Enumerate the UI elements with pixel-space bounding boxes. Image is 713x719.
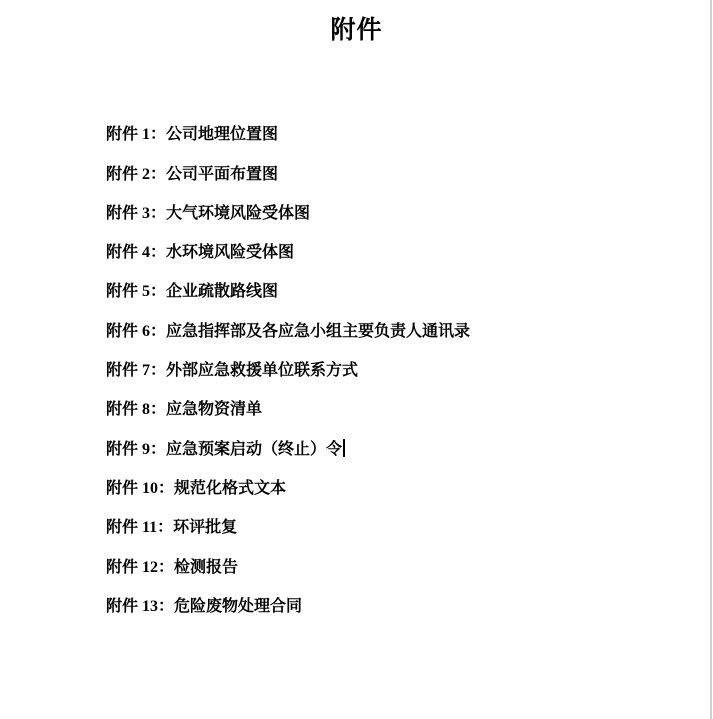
page-title[interactable]: 附件 <box>0 14 713 47</box>
attachment-item-text: 附件 4：水环境风险受体图 <box>106 244 294 261</box>
attachment-item-text: 附件 13：危险废物处理合同 <box>106 598 302 615</box>
attachment-item-text: 附件 1：公司地理位置图 <box>106 126 278 143</box>
attachment-list: 附件 1：公司地理位置图 附件 2：公司平面布置图 附件 3：大气环境风险受体图… <box>82 76 693 587</box>
attachment-item-text: 附件 6：应急指挥部及各应急小组主要负责人通讯录 <box>106 323 470 340</box>
attachment-item-text: 附件 10：规范化格式文本 <box>106 480 286 497</box>
attachment-item-text: 附件 11：环评批复 <box>106 519 237 536</box>
attachment-item-1[interactable]: 附件 1：公司地理位置图 <box>82 76 693 115</box>
document-page: 附件 附件 1：公司地理位置图 附件 2：公司平面布置图 附件 3：大气环境风险… <box>0 0 713 719</box>
text-cursor-caret <box>343 439 345 457</box>
attachment-item-text: 附件 7：外部应急救援单位联系方式 <box>106 362 358 379</box>
attachment-item-text: 附件 5：企业疏散路线图 <box>106 283 278 300</box>
attachment-item-text: 附件 2：公司平面布置图 <box>106 166 278 183</box>
page-edge-divider <box>710 0 712 719</box>
attachment-item-text: 附件 8：应急物资清单 <box>106 401 262 418</box>
attachment-item-text: 附件 3：大气环境风险受体图 <box>106 205 310 222</box>
attachment-item-text: 附件 9：应急预案启动（终止）令 <box>106 441 342 458</box>
attachment-item-text: 附件 12：检测报告 <box>106 559 238 576</box>
